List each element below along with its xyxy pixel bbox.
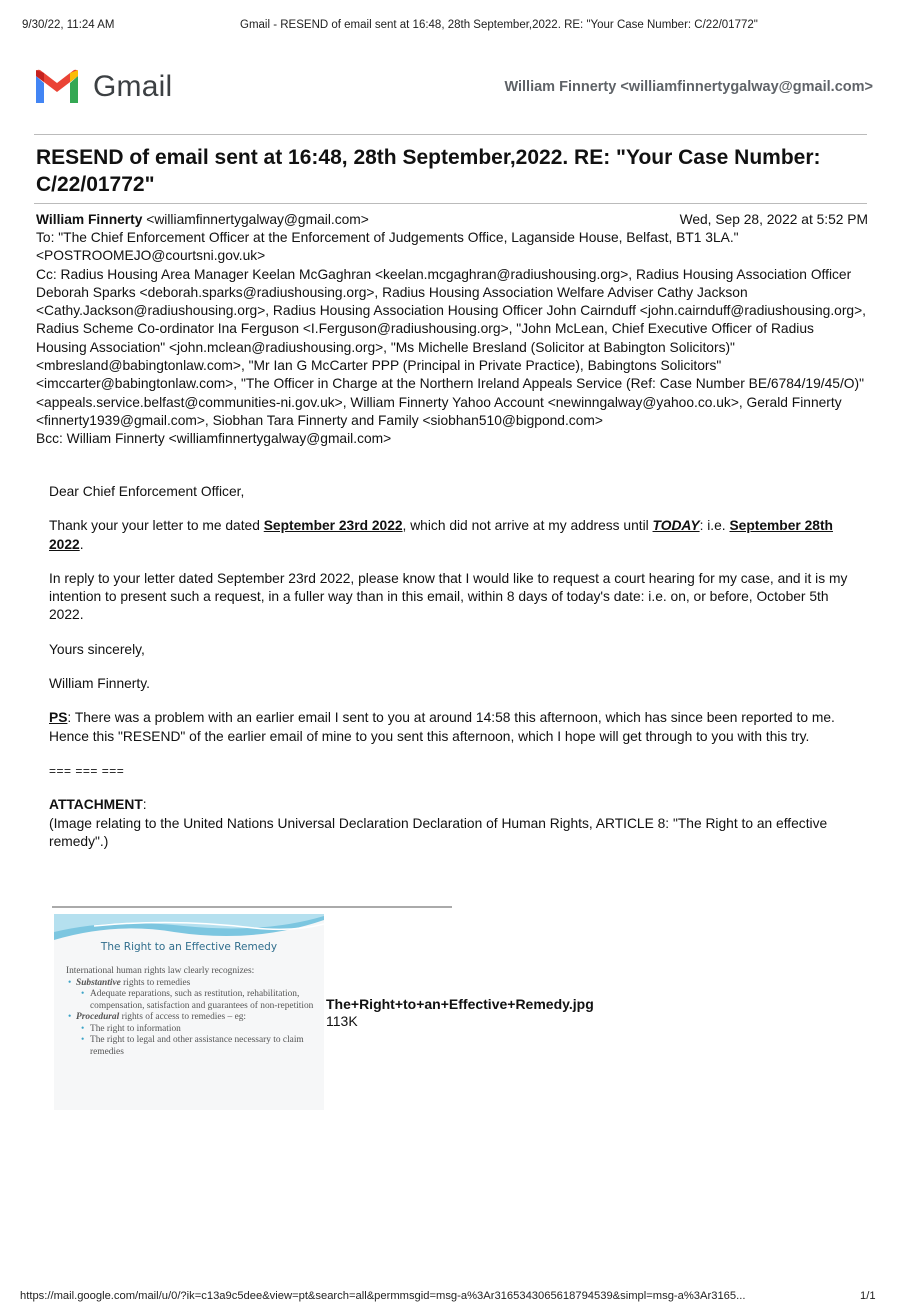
- thumbnail-subbullet: •The right to information: [66, 1024, 316, 1036]
- p1-text: .: [80, 537, 84, 552]
- gmail-logo[interactable]: Gmail: [33, 68, 172, 106]
- cc-recipients: Cc: Radius Housing Area Manager Keelan M…: [36, 266, 868, 431]
- thumbnail-bullet: •Substantive rights to remedies: [66, 978, 316, 990]
- p1-text: Thank your your letter to me dated: [49, 518, 264, 533]
- attachment-file-info: The+Right+to+an+Effective+Remedy.jpg 113…: [326, 996, 594, 1030]
- signature: William Finnerty.: [49, 675, 859, 693]
- closing: Yours sincerely,: [49, 641, 859, 659]
- letter-date: September 23rd 2022: [264, 518, 403, 533]
- attachment-divider: [52, 906, 452, 908]
- page-number: 1/1: [860, 1290, 876, 1302]
- thumbnail-subbullet-text: Adequate reparations, such as restitutio…: [90, 989, 313, 1011]
- sender-name: William Finnerty: [36, 212, 142, 227]
- print-header: 9/30/22, 11:24 AM Gmail - RESEND of emai…: [0, 19, 900, 35]
- email-meta: William Finnerty <williamfinnertygalway@…: [36, 211, 868, 449]
- email-body: Dear Chief Enforcement Officer, Thank yo…: [49, 483, 859, 851]
- paragraph-2: In reply to your letter dated September …: [49, 570, 859, 625]
- thumbnail-subbullet: •Adequate reparations, such as restituti…: [66, 989, 316, 1012]
- subject-divider: [34, 203, 867, 204]
- thumbnail-bullet-em: Substantive: [76, 978, 121, 988]
- attachment-filename[interactable]: The+Right+to+an+Effective+Remedy.jpg: [326, 996, 594, 1013]
- thumbnail-bullet-text: rights to remedies: [121, 978, 191, 988]
- postscript: PS: There was a problem with an earlier …: [49, 709, 859, 746]
- sent-date: Wed, Sep 28, 2022 at 5:52 PM: [680, 211, 868, 229]
- thumbnail-subbullet-text: The right to legal and other assistance …: [90, 1035, 304, 1057]
- thumbnail-bullet: •Procedural rights of access to remedies…: [66, 1012, 316, 1024]
- ps-label: PS: [49, 710, 67, 725]
- thumbnail-subbullet: •The right to legal and other assistance…: [66, 1035, 316, 1058]
- sender-address: <williamfinnertygalway@gmail.com>: [146, 212, 369, 227]
- thumbnail-content: International human rights law clearly r…: [66, 966, 316, 1058]
- p1-text: : i.e.: [700, 518, 730, 533]
- gmail-header: Gmail William Finnerty <williamfinnertyg…: [33, 66, 873, 116]
- bcc-recipients: Bcc: William Finnerty <williamfinnertyga…: [36, 430, 868, 448]
- attachment-size: 113K: [326, 1013, 594, 1030]
- attachment-heading-colon: :: [143, 797, 147, 812]
- print-url: https://mail.google.com/mail/u/0/?ik=c13…: [20, 1290, 745, 1302]
- greeting: Dear Chief Enforcement Officer,: [49, 483, 859, 501]
- from-row: William Finnerty <williamfinnertygalway@…: [36, 211, 868, 229]
- ps-text: : There was a problem with an earlier em…: [49, 710, 835, 743]
- thumbnail-bullet-text: rights of access to remedies – eg:: [119, 1012, 246, 1022]
- header-divider: [34, 134, 867, 135]
- attachment-description: (Image relating to the United Nations Un…: [49, 815, 859, 852]
- gmail-wordmark: Gmail: [93, 70, 172, 104]
- attachment-thumbnail[interactable]: The Right to an Effective Remedy Interna…: [54, 914, 324, 1110]
- gmail-m-logo-icon: [33, 68, 81, 106]
- print-page-title: Gmail - RESEND of email sent at 16:48, 2…: [240, 19, 758, 31]
- thumbnail-subbullet-text: The right to information: [90, 1024, 181, 1034]
- thumbnail-intro: International human rights law clearly r…: [66, 966, 316, 978]
- separator: === === ===: [49, 762, 859, 780]
- paragraph-1: Thank your your letter to me dated Septe…: [49, 517, 859, 554]
- p1-text: , which did not arrive at my address unt…: [403, 518, 653, 533]
- attachment-card[interactable]: The Right to an Effective Remedy Interna…: [52, 906, 652, 1111]
- to-recipients: To: "The Chief Enforcement Officer at th…: [36, 229, 868, 266]
- print-timestamp: 9/30/22, 11:24 AM: [22, 19, 115, 31]
- attachment-note: ATTACHMENT: (Image relating to the Unite…: [49, 796, 859, 851]
- thumbnail-title: The Right to an Effective Remedy: [54, 941, 324, 953]
- thumbnail-bullet-em: Procedural: [76, 1012, 119, 1022]
- email-subject: RESEND of email sent at 16:48, 28th Sept…: [36, 144, 866, 198]
- attachment-heading: ATTACHMENT: [49, 797, 143, 812]
- account-identity: William Finnerty <williamfinnertygalway@…: [504, 79, 873, 95]
- today-emphasis: TODAY: [653, 518, 700, 533]
